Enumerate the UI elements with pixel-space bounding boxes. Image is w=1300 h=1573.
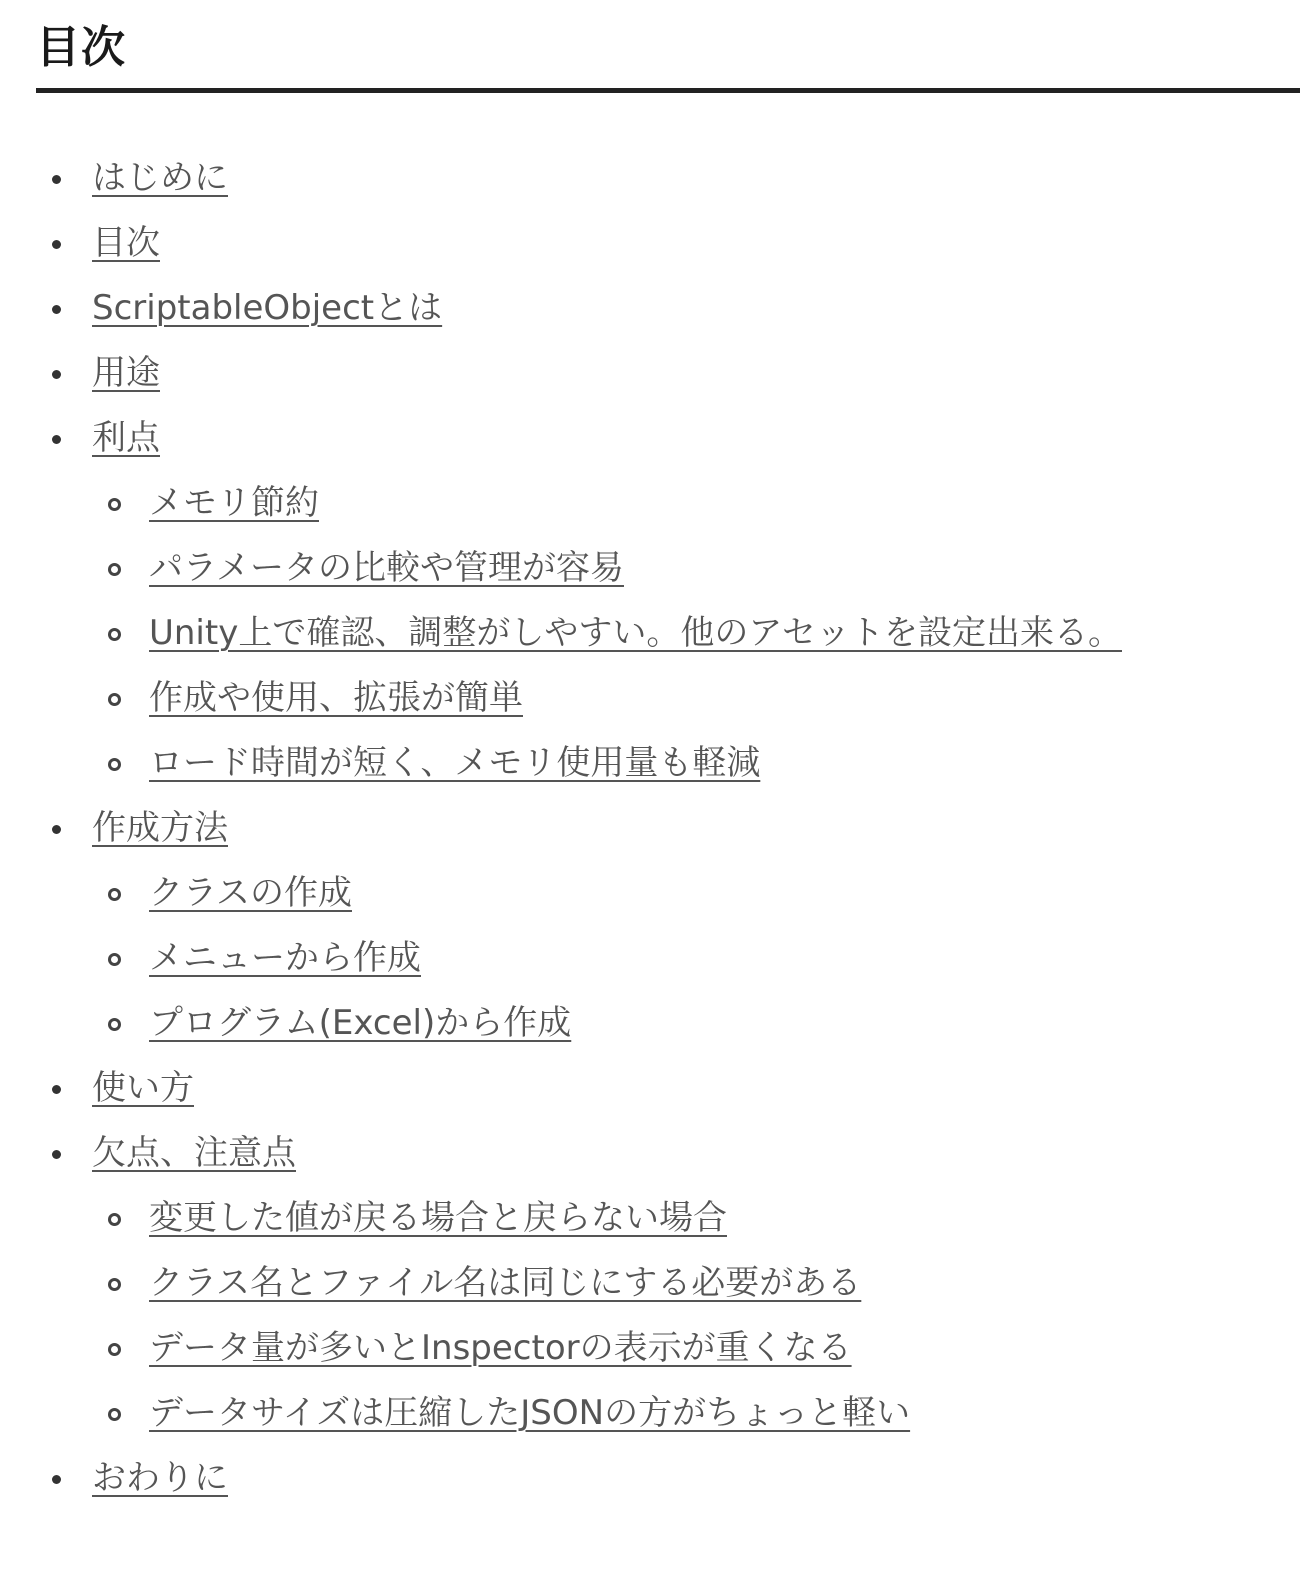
bullet-disc-icon (52, 240, 61, 249)
toc-subitem: メニューから作成 (36, 926, 1122, 991)
bullet-disc-icon (52, 175, 61, 184)
toc-subitem: クラスの作成 (36, 861, 1122, 926)
bullet-disc-icon (52, 305, 61, 314)
toc-sublink[interactable]: パラメータの比較や管理が容易 (149, 548, 624, 588)
toc-sublink[interactable]: データサイズは圧縮したJSONの方がちょっと軽い (149, 1393, 910, 1433)
title-divider (36, 88, 1300, 93)
toc-item: 用途 (36, 341, 1122, 406)
bullet-circle-icon (108, 693, 121, 706)
bullet-circle-icon (108, 758, 121, 771)
toc-sublink[interactable]: クラス名とファイル名は同じにする必要がある (149, 1263, 861, 1303)
toc-sublink[interactable]: メモリ節約 (149, 483, 319, 523)
toc-item: 欠点、注意点 (36, 1121, 1122, 1186)
toc-link[interactable]: 作成方法 (92, 808, 228, 848)
toc-link[interactable]: 目次 (92, 223, 160, 263)
bullet-disc-icon (52, 1085, 61, 1094)
toc-subitem: 変更した値が戻る場合と戻らない場合 (36, 1186, 1122, 1251)
toc-subitem: プログラム(Excel)から作成 (36, 991, 1122, 1056)
toc-link[interactable]: 欠点、注意点 (92, 1133, 296, 1173)
toc-subitem: パラメータの比較や管理が容易 (36, 536, 1122, 601)
toc-subitem: 作成や使用、拡張が簡単 (36, 666, 1122, 731)
bullet-circle-icon (108, 628, 121, 641)
toc-sublink[interactable]: メニューから作成 (149, 938, 421, 978)
toc-item: 目次 (36, 211, 1122, 276)
bullet-disc-icon (52, 1150, 61, 1159)
toc-item: 利点 (36, 406, 1122, 471)
toc-sublink[interactable]: プログラム(Excel)から作成 (149, 1003, 571, 1043)
toc-link[interactable]: 利点 (92, 418, 160, 458)
bullet-disc-icon (52, 825, 61, 834)
bullet-circle-icon (108, 1278, 121, 1291)
toc-subitem: Unity上で確認、調整がしやすい。他のアセットを設定出来る。 (36, 601, 1122, 666)
toc-title: 目次 (36, 0, 1300, 82)
toc-sublink[interactable]: 作成や使用、拡張が簡単 (149, 678, 523, 718)
bullet-circle-icon (108, 498, 121, 511)
bullet-disc-icon (52, 435, 61, 444)
toc-link[interactable]: 用途 (92, 353, 160, 393)
toc-subitem: データサイズは圧縮したJSONの方がちょっと軽い (36, 1381, 1122, 1446)
toc-link[interactable]: 使い方 (92, 1068, 194, 1108)
toc-link[interactable]: はじめに (92, 158, 228, 198)
toc-link[interactable]: ScriptableObjectとは (92, 288, 442, 328)
toc-item: ScriptableObjectとは (36, 276, 1122, 341)
toc-sublink[interactable]: Unity上で確認、調整がしやすい。他のアセットを設定出来る。 (149, 613, 1122, 653)
table-of-contents: 目次 はじめに目次ScriptableObjectとは用途利点メモリ節約パラメー… (36, 0, 1300, 82)
toc-sublink[interactable]: クラスの作成 (149, 873, 352, 913)
bullet-disc-icon (52, 1475, 61, 1484)
toc-item: 使い方 (36, 1056, 1122, 1121)
toc-sublink[interactable]: データ量が多いとInspectorの表示が重くなる (149, 1328, 852, 1368)
toc-sublink[interactable]: ロード時間が短く、メモリ使用量も軽減 (149, 743, 760, 783)
toc-subitem: クラス名とファイル名は同じにする必要がある (36, 1251, 1122, 1316)
bullet-circle-icon (108, 1408, 121, 1421)
toc-subitem: データ量が多いとInspectorの表示が重くなる (36, 1316, 1122, 1381)
bullet-circle-icon (108, 953, 121, 966)
bullet-circle-icon (108, 1343, 121, 1356)
bullet-circle-icon (108, 1018, 121, 1031)
toc-sublink[interactable]: 変更した値が戻る場合と戻らない場合 (149, 1198, 727, 1238)
bullet-disc-icon (52, 370, 61, 379)
toc-link[interactable]: おわりに (92, 1458, 228, 1498)
toc-subitem: ロード時間が短く、メモリ使用量も軽減 (36, 731, 1122, 796)
toc-item: 作成方法 (36, 796, 1122, 861)
toc-item: はじめに (36, 146, 1122, 211)
bullet-circle-icon (108, 563, 121, 576)
toc-item: おわりに (36, 1446, 1122, 1511)
toc-list: はじめに目次ScriptableObjectとは用途利点メモリ節約パラメータの比… (36, 146, 1122, 1511)
bullet-circle-icon (108, 888, 121, 901)
bullet-circle-icon (108, 1213, 121, 1226)
toc-subitem: メモリ節約 (36, 471, 1122, 536)
